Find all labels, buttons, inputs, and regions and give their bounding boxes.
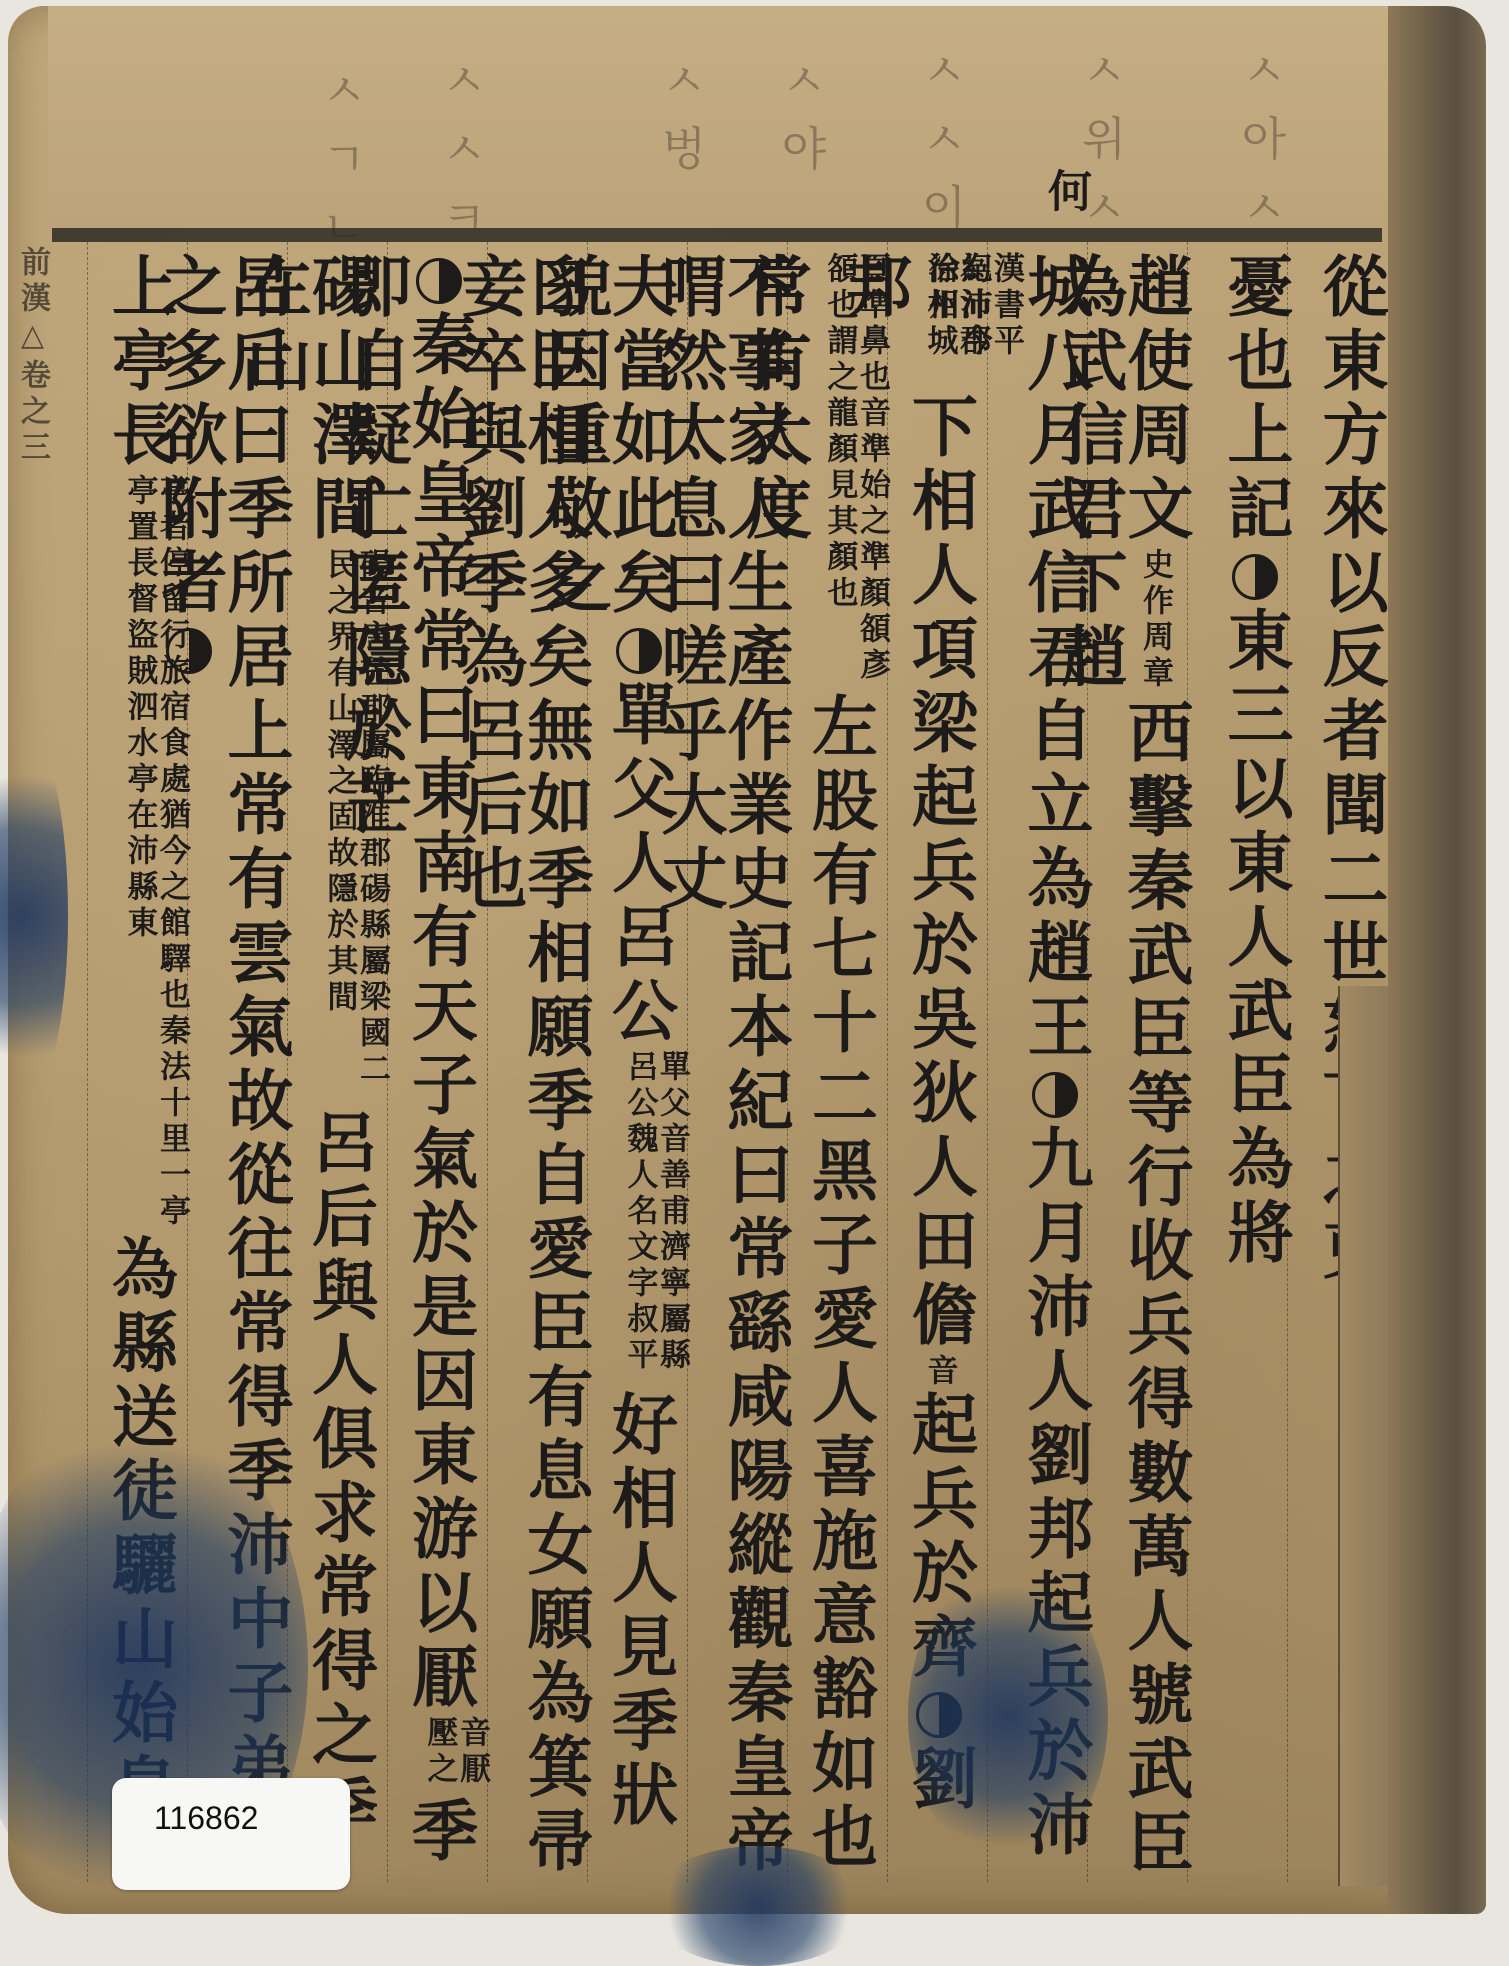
text-column-6: 頁準鼻也音準始之準顏頟彥頟也謂之龍顏見其顏也左股有七十二黑子愛人喜施意豁如也常有… xyxy=(787,242,888,1882)
book-page: ㅅ ㄱ ㄴ ㅅ ㅅ ㅋ ㅅ 벙 ㅅ 야 ㅅ ㅅ 이 ㅅ 위 ㅅ ㅅ 아 ㅅ 何 … xyxy=(8,6,1478,1914)
text-column-7: 不事家人生產作業史記本紀曰常繇咸陽縱觀秦皇帝喟然太息曰嗟乎大丈 xyxy=(687,242,788,1882)
handwritten-note: ㅅ ㅅ 이 xyxy=(908,46,974,233)
section-marker-icon xyxy=(1232,554,1278,600)
main-text: 城八月武信君自立為趙王 xyxy=(1016,252,1094,1066)
main-text: 下相人項梁起兵於吳狄人田儋 xyxy=(900,392,978,1354)
torn-spine-strip xyxy=(1338,986,1390,1886)
catalog-label: 116862 xyxy=(112,1778,350,1890)
commentary-text: 單父音善甫濟寧屬縣呂公魏人名文字叔平 xyxy=(623,1050,688,1390)
main-text: 上亭長 xyxy=(100,252,178,474)
handwritten-note: ㅅ ㄱ ㄴ xyxy=(308,66,374,253)
commentary-text: 史作周章 xyxy=(1138,548,1171,698)
handwritten-note: ㅅ 야 xyxy=(768,56,834,175)
handwritten-note: ㅅ 아 ㅅ xyxy=(1228,46,1294,233)
inserted-character: 何 xyxy=(1033,168,1097,212)
commentary-text: 碭音唐芒郡屬臨淮郡碭縣屬梁國二民之界有山澤之固故隱於其間 xyxy=(323,548,388,1108)
commentary-text: 音厭壓之 xyxy=(423,1716,488,1796)
commentary-text: 亭者停留行旅宿食處猶今之館驛也秦法十里一亭亭置長督盜賊泗水亭在沛縣東 xyxy=(123,474,188,1234)
handwritten-note: ㅅ 벙 xyxy=(648,56,714,175)
commentary-text: 為沛郡治相城 xyxy=(923,252,988,392)
text-column-2: 憂也上記東三以東人武臣為將 xyxy=(1187,242,1288,1882)
top-margin xyxy=(48,6,1388,228)
handwritten-note: ㅅ ㅅ ㅋ xyxy=(428,56,494,243)
book-spine xyxy=(1388,6,1486,1914)
commentary-text: 頁準鼻也音準始之準顏頟彥頟也謂之龍顏見其顏也 xyxy=(823,252,888,692)
top-border-rule xyxy=(52,228,1382,242)
section-marker-icon xyxy=(416,258,462,304)
catalog-number: 116862 xyxy=(154,1800,258,1837)
text-column-9: 曰臣相人多矣無如季相願季自愛臣有息女願為箕帚妾卒與劉季為呂后也 xyxy=(487,242,588,1882)
ink-stain xyxy=(908,1566,1108,1866)
main-text: 東三以東人武臣為將 xyxy=(1216,606,1294,1272)
text-column-3: 趙使周文史作周章西擊秦武臣等行收兵得數萬人號武臣為武信君下趙 xyxy=(1087,242,1188,1882)
main-text: 憂也上記 xyxy=(1216,252,1294,548)
text-column-10: 秦始皇帝常曰東南有天子氣於是因東游以厭音厭壓之季即自疑亡匿隱於芒 xyxy=(387,242,488,1882)
section-marker-icon xyxy=(1032,1072,1078,1118)
fold-column-title: 前漢△卷之三 xyxy=(18,246,54,726)
section-marker-icon xyxy=(616,628,662,674)
commentary-text: 音 xyxy=(923,1354,956,1390)
text-column-8: 夫當如此矣單父人呂公單父音善甫濟寧屬縣呂公魏人名文字叔平好相人見季狀貌因重敬之 xyxy=(587,242,688,1882)
main-text: 單父人呂公 xyxy=(600,680,678,1050)
